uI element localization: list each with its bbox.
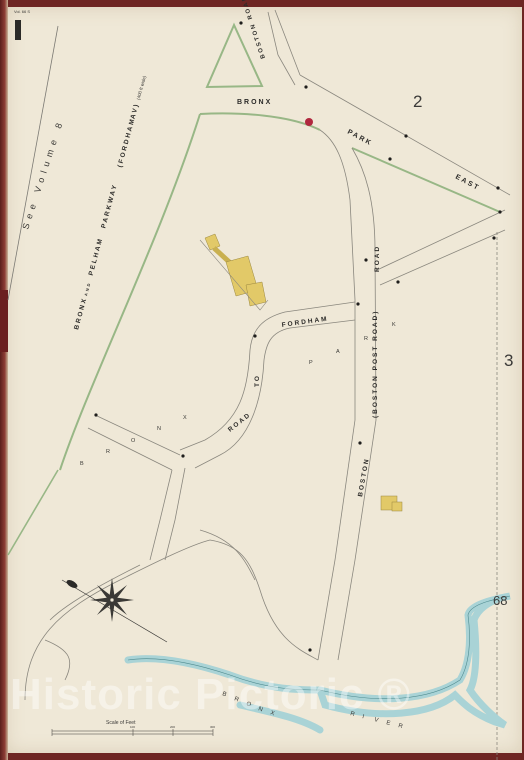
cross-road <box>88 428 172 470</box>
see-volume-note: See Volume 8 <box>20 117 65 230</box>
svg-text:PELHAM: PELHAM <box>88 237 105 277</box>
svg-text:B: B <box>80 461 89 467</box>
hydrant-marker <box>305 118 313 126</box>
svg-text:BRONX: BRONX <box>73 296 88 330</box>
svg-text:O: O <box>131 438 140 444</box>
street-label-boston: BOSTON <box>357 457 371 497</box>
fordham-road-edge <box>180 302 355 450</box>
street-label-fordham: FORDHAM <box>281 315 329 329</box>
bronx-park-letters: B R O N X P A R K <box>80 322 401 467</box>
svg-text:(FORDHAM: (FORDHAM <box>117 117 137 168</box>
svg-text:E: E <box>385 720 395 728</box>
atlas-map[interactable]: Vol. 66 S 2 3 68 See Volume 8 BRONX PARK… <box>0 0 524 760</box>
svg-text:100: 100 <box>130 725 135 729</box>
svg-text:K: K <box>392 322 401 328</box>
svg-text:300: 300 <box>210 725 215 729</box>
fordham-road-edge <box>195 320 355 468</box>
lower-road <box>200 530 255 580</box>
boston-post-road-west <box>318 130 355 660</box>
svg-text:AV): AV) <box>130 102 141 120</box>
street-label-park: PARK <box>346 129 373 148</box>
lower-road <box>50 565 140 620</box>
lane <box>165 468 185 560</box>
svg-text:P: P <box>309 360 318 366</box>
parkway-label: BRONX AND PELHAM PARKWAY (FORDHAM AV) (4… <box>73 74 148 330</box>
adjacent-sheet-2[interactable]: 2 <box>413 92 422 111</box>
svg-text:R: R <box>364 336 373 342</box>
sheet-ref-small: Vol. 66 S <box>14 9 30 14</box>
boston-road-edge <box>268 12 295 85</box>
svg-text:A: A <box>336 349 345 355</box>
sheet-number-bar <box>15 20 21 40</box>
svg-text:PARKWAY: PARKWAY <box>100 183 119 229</box>
boston-post-road-east <box>338 148 376 660</box>
building-cluster-east <box>381 496 402 511</box>
street-label-boston-road-north: BOSTON ROAD <box>241 0 267 59</box>
svg-text:(400 ft wide): (400 ft wide) <box>136 75 147 101</box>
street-label-to: TO <box>254 374 261 387</box>
street-label-road-east: ROAD <box>374 245 381 272</box>
street-label-boston-post-road: (BOSTON POST ROAD) <box>372 310 379 418</box>
park-boundary <box>8 470 58 555</box>
adjacent-sheet-3[interactable]: 3 <box>504 351 513 370</box>
svg-text:X: X <box>183 415 192 421</box>
scale-bar: Scale of Feet 100 200 300 <box>52 720 215 736</box>
watermark: Historic Pictoric ® <box>10 670 411 720</box>
svg-text:AND: AND <box>83 281 92 296</box>
street-label-road: ROAD <box>227 411 253 433</box>
boston-road-edge <box>275 10 300 75</box>
svg-text:N: N <box>157 426 166 432</box>
park-boundary <box>352 148 500 212</box>
compass-rose-icon <box>62 578 167 642</box>
adjacent-sheet-68[interactable]: 68 <box>493 593 507 608</box>
svg-text:200: 200 <box>170 725 175 729</box>
svg-text:R: R <box>106 449 115 455</box>
svg-text:R: R <box>397 723 408 731</box>
street-label-bronx: BRONX <box>237 99 272 106</box>
side-road <box>377 210 505 270</box>
lamp-markers <box>94 21 501 651</box>
side-road <box>380 230 505 285</box>
building-cluster-west <box>200 234 268 310</box>
